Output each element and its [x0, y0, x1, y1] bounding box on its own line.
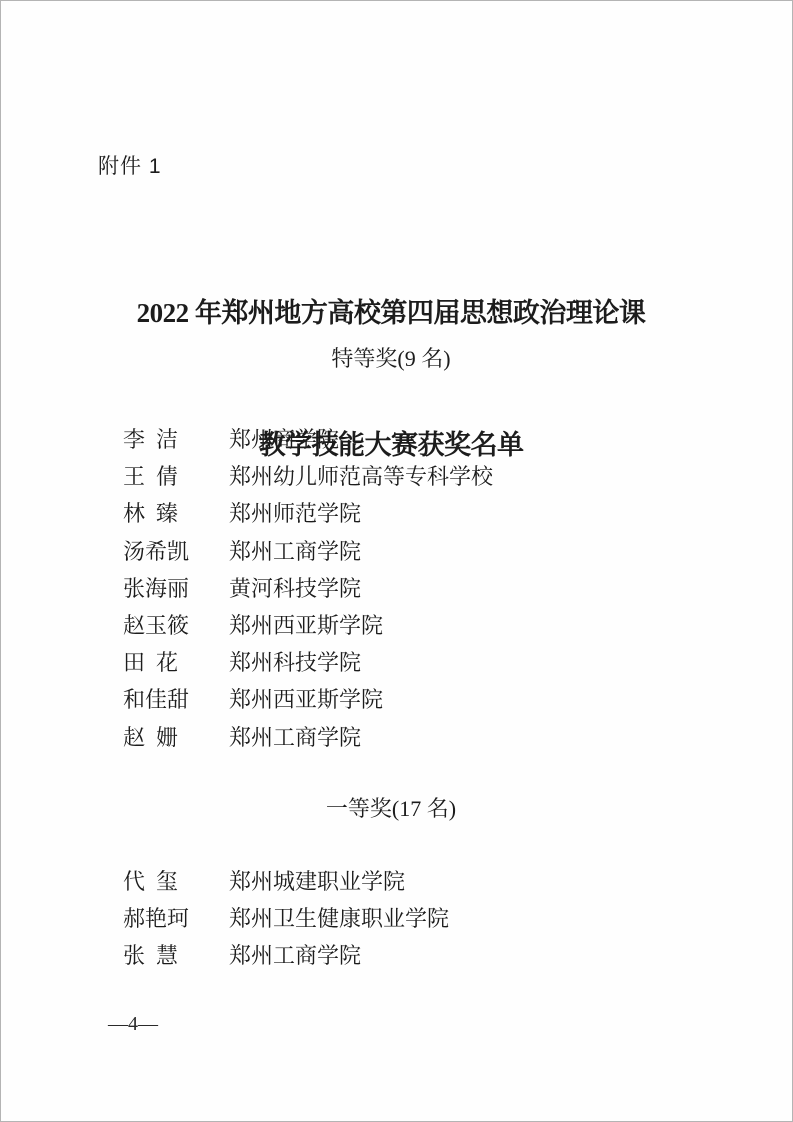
winner-school: 郑州师范学院	[229, 495, 361, 532]
winner-row: 田 花郑州科技学院	[123, 644, 683, 681]
section-heading-special-prize: 特等奖(9 名)	[91, 345, 691, 373]
page-number: —4—	[108, 1013, 158, 1036]
winner-row: 张海丽黄河科技学院	[123, 570, 683, 607]
winner-name: 赵玉筱	[123, 607, 229, 644]
winner-school: 郑州商学院	[229, 421, 339, 458]
document-title-line-1: 2022 年郑州地方高校第四届思想政治理论课	[91, 291, 691, 335]
winner-row: 张 慧郑州工商学院	[123, 937, 683, 974]
winner-row: 汤希凯郑州工商学院	[123, 533, 683, 570]
winner-school: 郑州科技学院	[229, 644, 361, 681]
winner-school: 黄河科技学院	[229, 570, 361, 607]
winner-row: 王 倩郑州幼儿师范高等专科学校	[123, 458, 683, 495]
winner-school: 郑州西亚斯学院	[229, 607, 383, 644]
winner-school: 郑州城建职业学院	[229, 863, 405, 900]
winner-row: 李 洁郑州商学院	[123, 421, 683, 458]
attachment-label: 附件 1	[98, 150, 162, 180]
winner-name: 郝艳珂	[123, 900, 229, 937]
winner-name: 张海丽	[123, 570, 229, 607]
winner-name: 林 臻	[123, 495, 229, 532]
winner-name: 田 花	[123, 644, 229, 681]
winner-school: 郑州工商学院	[229, 719, 361, 756]
winner-name: 代 玺	[123, 863, 229, 900]
winner-row: 赵玉筱郑州西亚斯学院	[123, 607, 683, 644]
winner-row: 林 臻郑州师范学院	[123, 495, 683, 532]
winner-row: 和佳甜郑州西亚斯学院	[123, 681, 683, 718]
winner-name: 汤希凯	[123, 533, 229, 570]
winner-school: 郑州幼儿师范高等专科学校	[229, 458, 493, 495]
winner-name: 赵 姗	[123, 719, 229, 756]
winner-school: 郑州卫生健康职业学院	[229, 900, 449, 937]
winner-row: 代 玺郑州城建职业学院	[123, 863, 683, 900]
special-prize-winner-list: 李 洁郑州商学院王 倩郑州幼儿师范高等专科学校林 臻郑州师范学院汤希凯郑州工商学…	[123, 421, 683, 756]
winner-name: 和佳甜	[123, 681, 229, 718]
winner-name: 张 慧	[123, 937, 229, 974]
document-page: 附件 1 2022 年郑州地方高校第四届思想政治理论课 教学技能大赛获奖名单 特…	[0, 0, 793, 1122]
winner-row: 赵 姗郑州工商学院	[123, 719, 683, 756]
winner-name: 李 洁	[123, 421, 229, 458]
first-prize-winner-list: 代 玺郑州城建职业学院郝艳珂郑州卫生健康职业学院张 慧郑州工商学院	[123, 863, 683, 975]
winner-name: 王 倩	[123, 458, 229, 495]
section-heading-first-prize: 一等奖(17 名)	[91, 795, 691, 823]
winner-row: 郝艳珂郑州卫生健康职业学院	[123, 900, 683, 937]
winner-school: 郑州工商学院	[229, 533, 361, 570]
winner-school: 郑州西亚斯学院	[229, 681, 383, 718]
winner-school: 郑州工商学院	[229, 937, 361, 974]
